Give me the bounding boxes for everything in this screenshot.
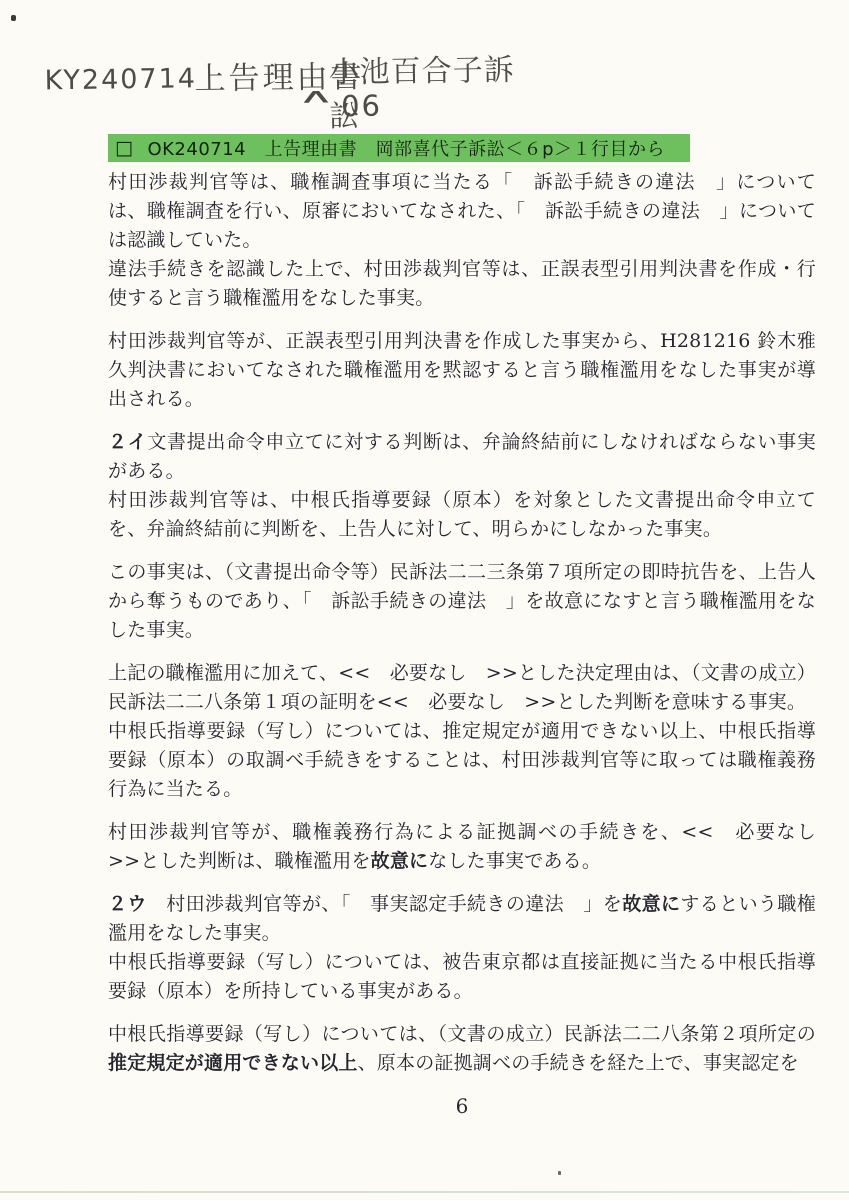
bold-text-run: 故意に [371, 850, 429, 872]
paragraph: 上記の職権濫用に加えて、<< 必要なし >>とした決定理由は、（文書の成立）民訴… [108, 659, 816, 804]
text-run: 村田渉裁判官等は、職権調査事項に当たる「 訴訟手続きの違法 」については、職権調… [108, 171, 816, 251]
bold-text-run: 故意に [622, 893, 680, 915]
text-run: 違法手続きを認識した上で、村田渉裁判官等は、正誤表型引用判決書を作成・行使すると… [108, 258, 816, 309]
scanned-document-page: KY240714 上告理由書 小池百合子訴訟 ∧ 06 □ OK240714 上… [0, 0, 849, 1200]
bold-text-run: 推定規定が適用できない以上 [108, 1052, 358, 1074]
scan-speck [558, 1171, 561, 1175]
text-run: 中根氏指導要録（写し）については、推定規定が適用できない以上、中根氏指導要録（原… [108, 720, 816, 800]
paragraph: ２イ文書提出命令申立てに対する判断は、弁論終結前にしなければならない事実がある。… [108, 428, 816, 544]
text-run: 文書提出命令申立てに対する判断は、弁論終結前にしなければならない事実がある。 [108, 431, 816, 482]
handwritten-code: KY240714 [44, 63, 197, 96]
body-paragraphs: 村田渉裁判官等は、職権調査事項に当たる「 訴訟手続きの違法 」については、職権調… [108, 168, 816, 1092]
page-number: 6 [108, 1094, 816, 1118]
text-run: 、原本の証拠調べの手続きを経た上で、事実認定を [358, 1052, 799, 1074]
paragraph: 村田渉裁判官等が、正誤表型引用判決書を作成した事実から、H281216 鈴木雅久… [108, 327, 816, 414]
paragraph: 村田渉裁判官等が、職権義務行為による証拠調べの手続きを、<< 必要なし >>とし… [108, 818, 816, 876]
text-run: 村田渉裁判官等は、中根氏指導要録（原本）を対象とした文書提出命令申立てを、弁論終… [108, 489, 816, 540]
paragraph: この事実は、（文書提出命令等）民訴法二二三条第７項所定の即時抗告を、上告人から奪… [108, 558, 816, 645]
text-run: 村田渉裁判官等が、「 事実認定手続きの違法 」を [147, 893, 622, 915]
bold-text-run: ２イ [108, 431, 147, 453]
paragraph: ２ウ 村田渉裁判官等が、「 事実認定手続きの違法 」を故意にするという職権濫用を… [108, 890, 816, 1006]
checkbox-icon: □ [115, 137, 133, 159]
text-run: 中根氏指導要録（写し）については、（文書の成立）民訴法二二八条第２項所定の [108, 1023, 816, 1045]
text-run: 中根氏指導要録（写し）については、被告東京都は直接証拠に当たる中根氏指導要録（原… [108, 951, 816, 1002]
insertion-caret-icon: ∧ [297, 83, 335, 108]
bold-text-run: ２ウ [108, 893, 147, 915]
scan-speck [11, 15, 16, 21]
text-run: この事実は、（文書提出命令等）民訴法二二三条第７項所定の即時抗告を、上告人から奪… [108, 561, 816, 641]
paragraph: 村田渉裁判官等は、職権調査事項に当たる「 訴訟手続きの違法 」については、職権調… [108, 168, 816, 313]
scan-edge-line [0, 1191, 849, 1193]
header-label: OK240714 上告理由書 岡部喜代子訴訟＜６p＞１行目から [147, 135, 665, 161]
text-run: 上記の職権濫用に加えて、<< 必要なし >>とした決定理由は、（文書の成立）民訴… [108, 662, 816, 713]
handwritten-insert-number: 06 [341, 89, 382, 124]
text-run: なした事実である。 [428, 850, 601, 872]
paragraph: 中根氏指導要録（写し）については、（文書の成立）民訴法二二八条第２項所定の推定規… [108, 1020, 816, 1078]
text-run: 村田渉裁判官等が、正誤表型引用判決書を作成した事実から、H281216 鈴木雅久… [108, 330, 816, 410]
highlighted-header: □ OK240714 上告理由書 岡部喜代子訴訟＜６p＞１行目から [108, 134, 690, 162]
